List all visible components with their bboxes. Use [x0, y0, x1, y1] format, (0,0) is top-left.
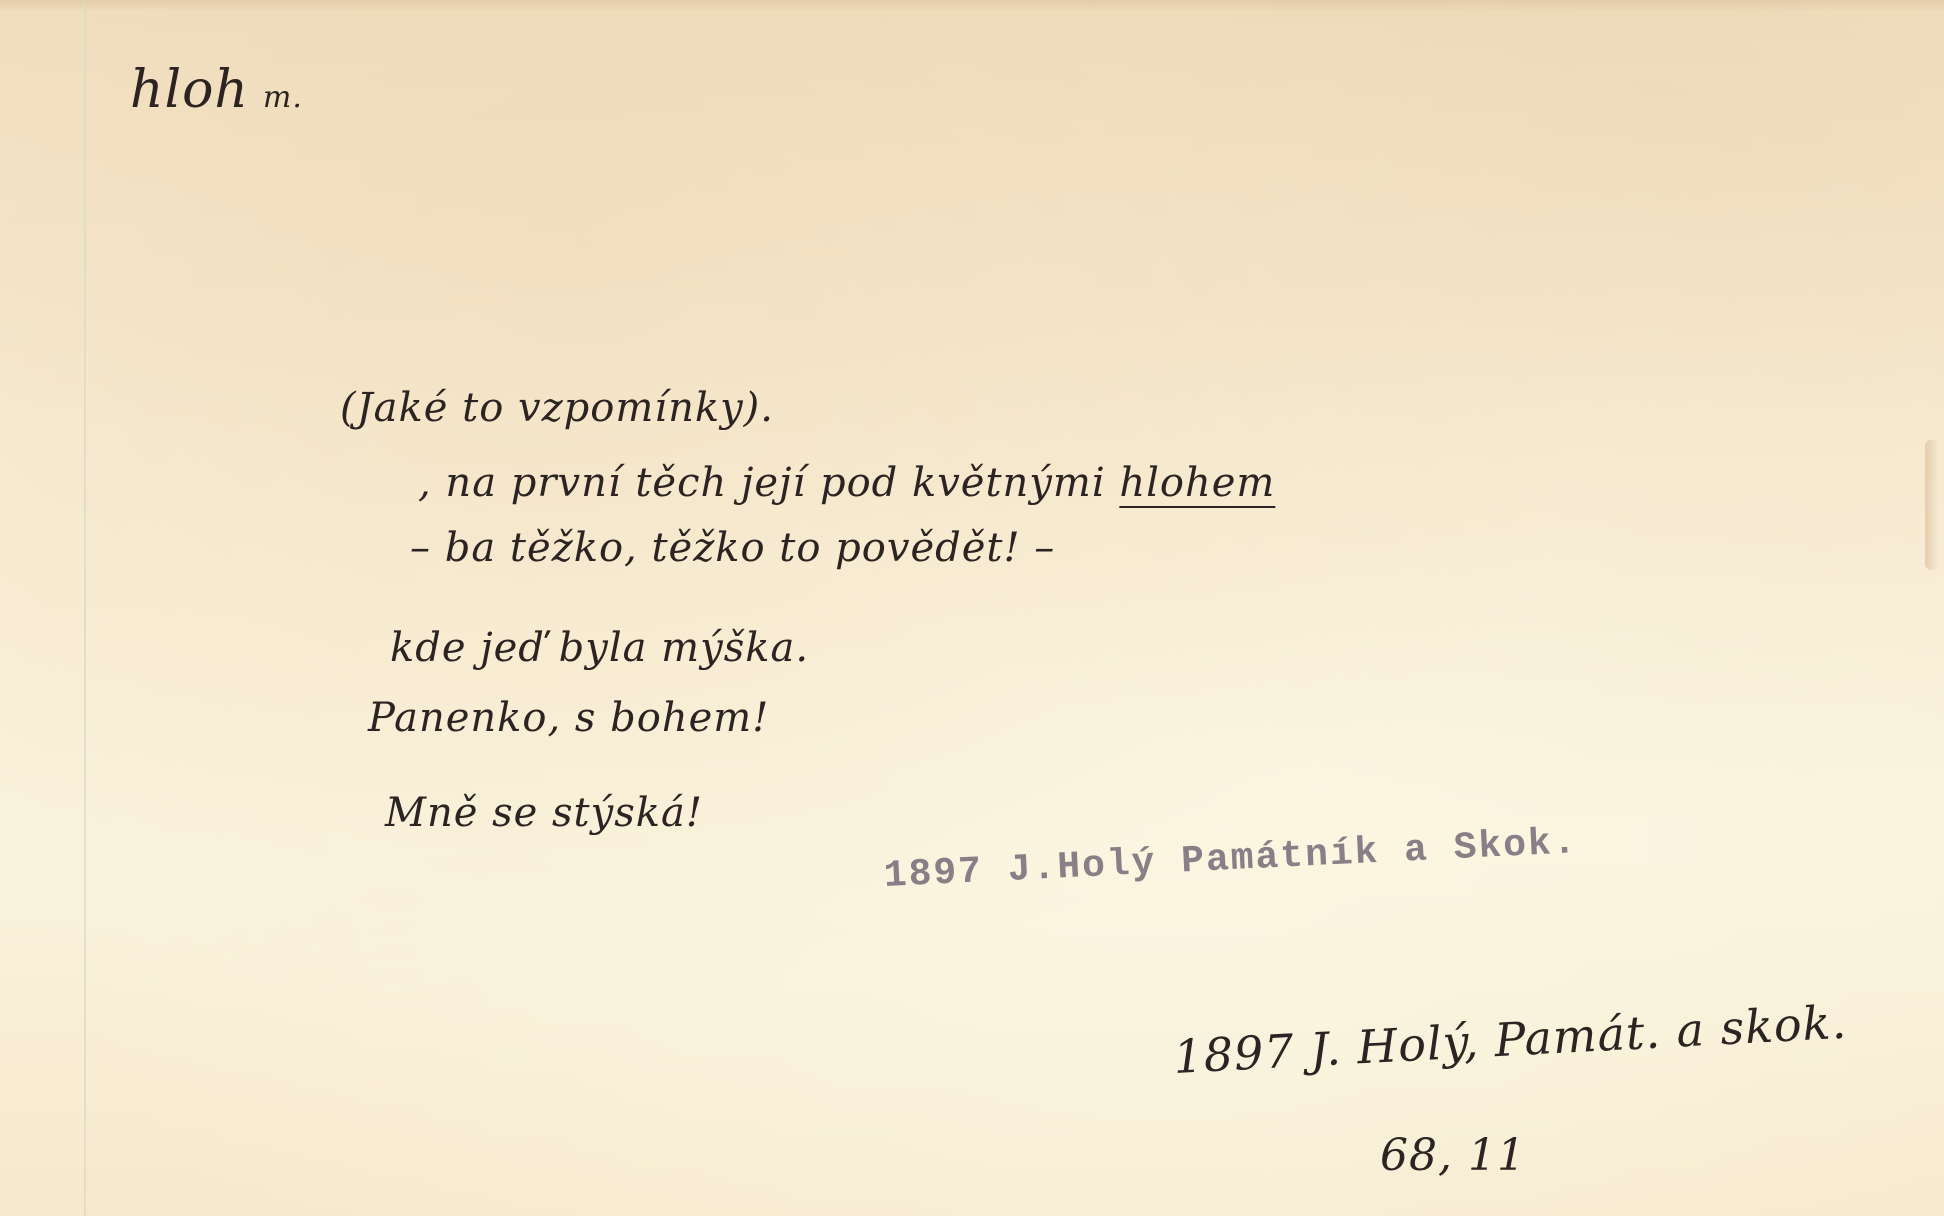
headword-text: hloh: [130, 60, 249, 120]
margin-line: [84, 0, 86, 1216]
source-stamp: 1897 J.Holý Památník a Skok.: [883, 821, 1579, 898]
card-edge-shadow: [1925, 440, 1939, 570]
quotation-line-6: Mně se stýská!: [385, 790, 703, 836]
handwritten-citation: 1897 J. Holý, Památ. a skok.: [1172, 995, 1848, 1084]
archive-card: hlohm. (Jaké to vzpomínky). , na první t…: [0, 0, 1944, 1216]
card-top-edge: [0, 0, 1944, 12]
headword-gender: m.: [263, 80, 303, 115]
quotation-line-1: (Jaké to vzpomínky).: [340, 385, 774, 431]
citation-page-reference: 68, 11: [1380, 1130, 1526, 1181]
quotation-line-5: Panenko, s bohem!: [368, 695, 769, 741]
quotation-line-3: – ba těžko, těžko to povědět! –: [410, 525, 1055, 571]
quotation-line-4: kde jeď byla mýška.: [390, 625, 809, 671]
quotation-line-2-text: , na první těch její pod květnými hlohem: [418, 460, 1275, 506]
quotation-line-2: , na první těch její pod květnými hlohem: [418, 460, 1275, 506]
entry-headword: hlohm.: [130, 60, 303, 120]
underlined-headword-form: hlohem: [1119, 460, 1275, 506]
